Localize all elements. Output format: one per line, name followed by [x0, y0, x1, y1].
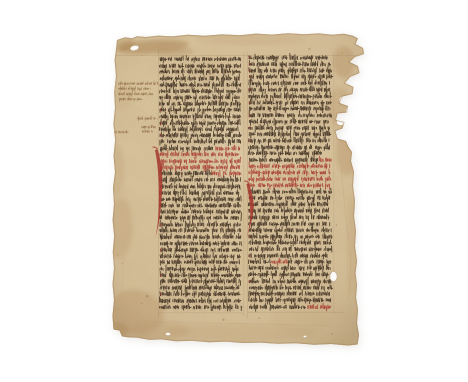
parchment-grain: [108, 26, 370, 352]
auction-photo: [0, 0, 468, 382]
manuscript-leaf: [0, 0, 468, 382]
manuscript-leaf-photo: [0, 0, 468, 382]
parchment: [105, 26, 370, 352]
